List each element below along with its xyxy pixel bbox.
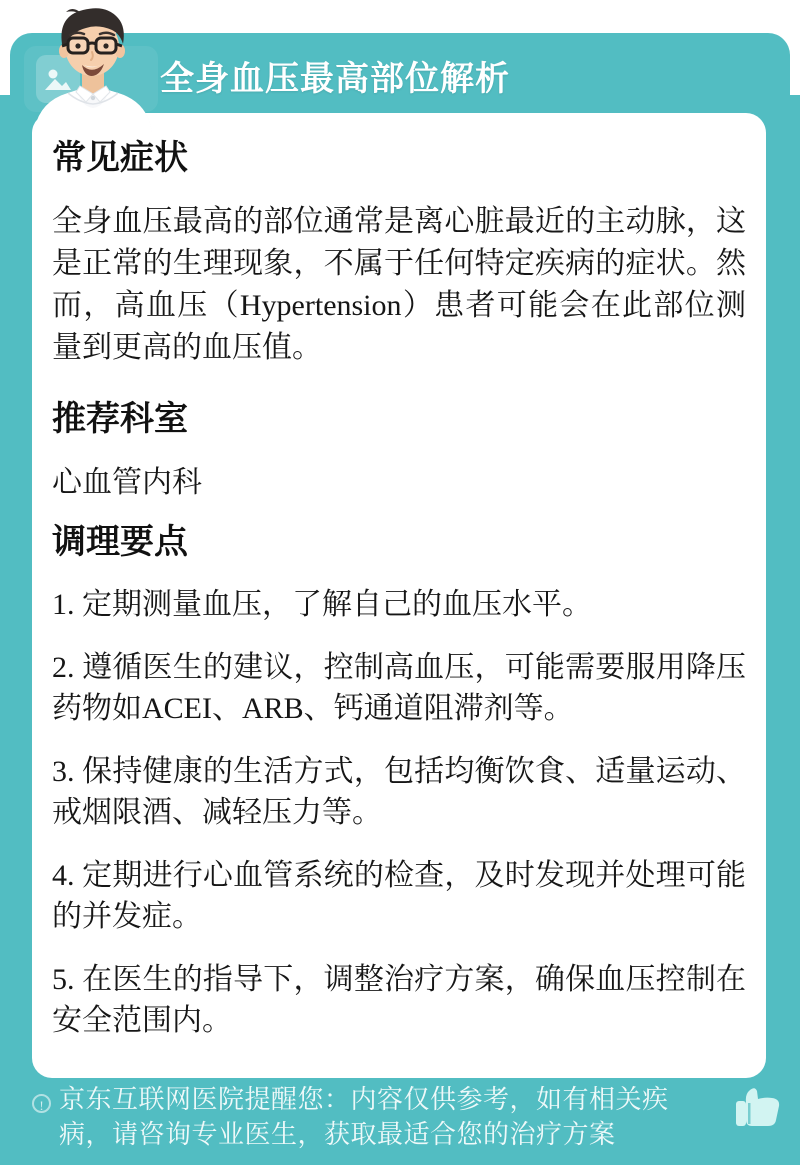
tip-item: 4. 定期进行心血管系统的检查，及时发现并处理可能的并发症。 <box>52 855 746 937</box>
thumbs-up-icon <box>732 1082 784 1132</box>
symptoms-paragraph: 全身血压最高的部位通常是离心脏最近的主动脉，这是正常的生理现象，不属于任何特定疾… <box>52 201 746 369</box>
doctor-avatar <box>28 2 158 133</box>
department-paragraph: 心血管内科 <box>52 462 746 504</box>
tip-item: 2. 遵循医生的建议，控制高血压，可能需要服用降压药物如ACEI、ARB、钙通道… <box>52 647 746 729</box>
tip-item: 3. 保持健康的生活方式，包括均衡饮食、适量运动、戒烟限酒、减轻压力等。 <box>52 751 746 833</box>
section-heading-tips: 调理要点 <box>52 522 746 562</box>
info-circle-icon: ! <box>32 1094 51 1113</box>
disclaimer-text: 京东互联网医院提醒您：内容仅供参考，如有相关疾病，请咨询专业医生，获取最适合您的… <box>59 1082 707 1152</box>
section-heading-department: 推荐科室 <box>52 399 746 439</box>
thumbs-up-button[interactable] <box>732 1082 784 1132</box>
page: 全身血压最高部位解析 常见症状 全身血压最高的部位通常是离心脏最近的主动脉，这是… <box>0 0 800 1165</box>
disclaimer-footer: ! 京东互联网医院提醒您：内容仅供参考，如有相关疾病，请咨询专业医生，获取最适合… <box>0 1082 800 1162</box>
tip-item: 1. 定期测量血压，了解自己的血压水平。 <box>52 584 746 625</box>
page-title: 全身血压最高部位解析 <box>160 51 510 100</box>
doctor-avatar-illustration <box>28 2 158 133</box>
answer-card: 常见症状 全身血压最高的部位通常是离心脏最近的主动脉，这是正常的生理现象，不属于… <box>32 113 766 1078</box>
tip-item: 5. 在医生的指导下，调整治疗方案，确保血压控制在安全范围内。 <box>52 959 746 1041</box>
